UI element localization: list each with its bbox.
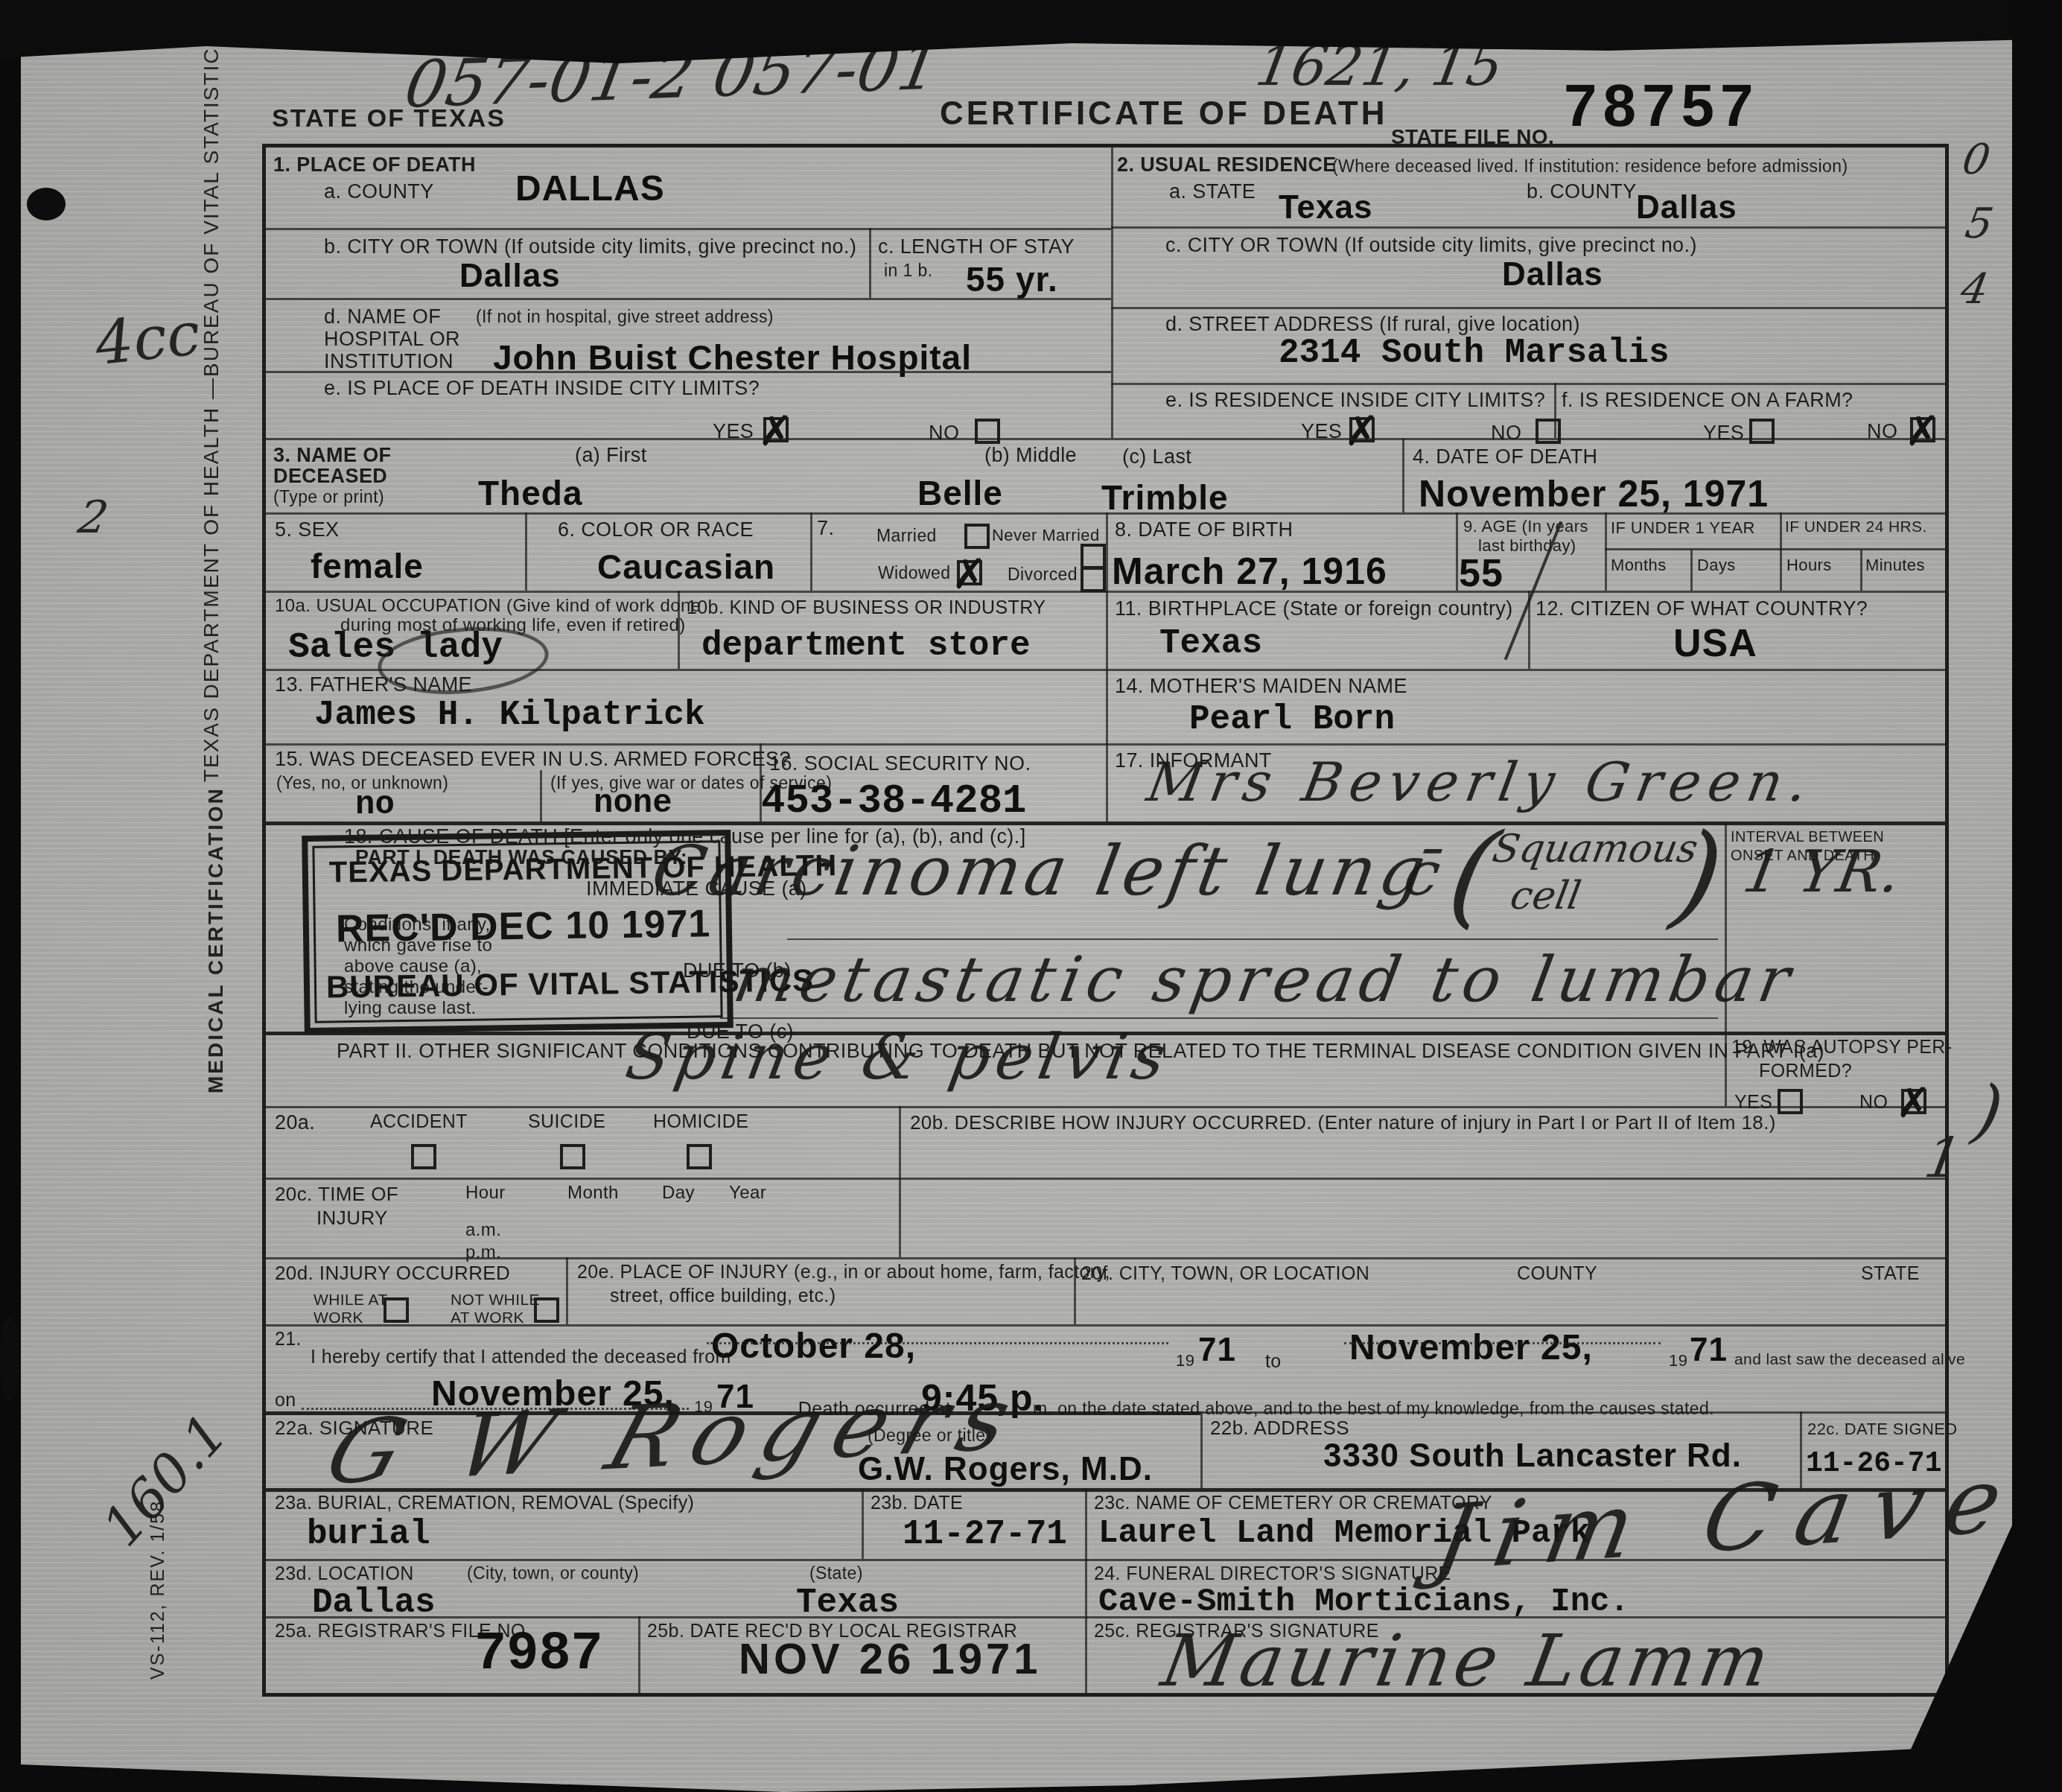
res-state-value: Texas — [1279, 189, 1373, 226]
divider — [266, 1257, 1945, 1259]
while-at-work-checkbox — [384, 1297, 409, 1323]
married-checkbox — [964, 524, 990, 549]
never-married-label: Never Married — [992, 526, 1100, 545]
year-19-b: 19 — [1669, 1351, 1687, 1370]
homicide-label: HOMICIDE — [653, 1111, 748, 1133]
citizen-label: 12. CITIZEN OF WHAT COUNTRY? — [1536, 597, 1868, 620]
time-of-injury-label-2: INJURY — [316, 1207, 388, 1230]
divider — [266, 1106, 1945, 1108]
certificate-form: 1. PLACE OF DEATH a. COUNTY DALLAS b. CI… — [262, 144, 1949, 1697]
pod-city-value: Dallas — [459, 258, 561, 295]
day-label: Day — [662, 1183, 695, 1204]
cause-a-interval-value: 1 YR. — [1738, 839, 1906, 906]
cause-a-value: Carcinoma left lung — [646, 831, 1436, 911]
injury-city-label: 20f. CITY, TOWN, OR LOCATION — [1081, 1263, 1369, 1285]
margin-dept-vertical-label: TEXAS DEPARTMENT OF HEALTH —BUREAU OF VI… — [200, 339, 223, 782]
certify-tail-1: and last saw the deceased alive — [1734, 1351, 1965, 1369]
not-while-label: NOT WHILE — [451, 1291, 540, 1309]
widowed-checkbox — [957, 560, 982, 585]
divider — [869, 228, 871, 298]
hospital-label-2: HOSPITAL OR — [324, 328, 460, 351]
pod-city-limits-label: e. IS PLACE OF DEATH INSIDE CITY LIMITS? — [324, 377, 760, 400]
on-label: on — [275, 1390, 296, 1411]
usual-residence-title: 2. USUAL RESIDENCE — [1117, 153, 1337, 177]
autopsy-label-2: FORMED? — [1759, 1061, 1852, 1082]
length-of-stay-value: 55 yr. — [966, 259, 1058, 299]
cause-a-squamous: Squamous — [1489, 827, 1702, 871]
race-value: Caucasian — [597, 547, 775, 587]
divider — [1200, 1411, 1945, 1414]
homicide-checkbox — [687, 1144, 712, 1169]
name-title-2: DECEASED — [273, 465, 387, 488]
first-name-label: (a) First — [575, 444, 647, 467]
physician-address-value: 3330 South Lancaster Rd. — [1323, 1437, 1742, 1475]
divider — [266, 1178, 1945, 1180]
year-19-a: 19 — [1176, 1351, 1194, 1370]
accident-checkbox — [411, 1144, 436, 1169]
length-of-stay-label: c. LENGTH OF STAY — [878, 235, 1075, 258]
divider — [899, 1106, 901, 1257]
divider — [1860, 550, 1862, 591]
divider — [1111, 383, 1945, 385]
first-name-value: Theda — [478, 473, 582, 513]
divider — [540, 770, 542, 822]
divider — [1085, 1488, 1087, 1616]
informant-value: Mrs Beverly Green. — [1143, 751, 1820, 813]
burial-value: burial — [307, 1515, 430, 1554]
married-label: Married — [876, 526, 937, 546]
age-label-1: 9. AGE (In years — [1463, 517, 1588, 536]
divider — [266, 1616, 1945, 1618]
cause-b-value: metastatic spread to lumbar — [728, 943, 1801, 1016]
certify-tail-2: m. on the date stated above, and to the … — [1033, 1399, 1714, 1419]
birthplace-value: Texas — [1159, 624, 1262, 663]
hospital-label-paren: (If not in hospital, give street address… — [476, 307, 774, 327]
cause-b-line — [720, 1017, 1718, 1019]
while-at-label: WHILE AT — [314, 1291, 388, 1309]
year-71-b: 71 — [1690, 1332, 1728, 1369]
divider — [266, 371, 1111, 373]
year-71-a: 71 — [1198, 1332, 1236, 1369]
autopsy-no-checkbox — [1901, 1089, 1926, 1114]
attended-from-date: October 28, — [711, 1326, 916, 1367]
res-county-label: b. COUNTY — [1527, 180, 1637, 203]
certificate-title: CERTIFICATE OF DEATH — [940, 95, 1387, 133]
divider — [266, 438, 1945, 440]
location-label: 23d. LOCATION — [275, 1563, 414, 1585]
certify-21-label: 21. — [275, 1329, 302, 1350]
autopsy-label-1: 19. WAS AUTOPSY PER- — [1731, 1037, 1953, 1058]
divider — [1605, 548, 1945, 550]
res-state-label: a. STATE — [1169, 180, 1256, 203]
scanned-death-certificate: TEXAS DEPARTMENT OF HEALTH —BUREAU OF VI… — [0, 0, 2062, 1792]
date-received-stamp: NOV 26 1971 — [739, 1634, 1041, 1684]
hour-label: Hour — [465, 1183, 506, 1204]
edge-smudge — [0, 1318, 19, 1400]
birthplace-label: 11. BIRTHPLACE (State or foreign country… — [1115, 597, 1513, 620]
margin-medical-certification-label: MEDICAL CERTIFICATION — [204, 788, 228, 1093]
pod-county-value: DALLAS — [515, 168, 665, 209]
divider — [266, 228, 1111, 230]
month-label: Month — [567, 1183, 619, 1204]
res-city-value: Dallas — [1502, 256, 1603, 293]
hospital-label-3: INSTITUTION — [324, 350, 454, 373]
am-label: a.m. — [465, 1220, 501, 1241]
dob-value: March 27, 1916 — [1112, 550, 1387, 593]
dob-label: 8. DATE OF BIRTH — [1115, 518, 1293, 541]
divider — [638, 1616, 640, 1693]
funeral-home-value: Cave-Smith Morticians, Inc. — [1098, 1583, 1629, 1621]
ssn-value: 453-38-4281 — [761, 779, 1026, 824]
location-state-paren: (State) — [809, 1563, 863, 1583]
res-city-label: c. CITY OR TOWN (If outside city limits,… — [1165, 234, 1697, 257]
armed-forces-label: 15. WAS DECEASED EVER IN U.S. ARMED FORC… — [275, 748, 791, 771]
date-signed-label: 22c. DATE SIGNED — [1807, 1420, 1958, 1439]
race-label: 6. COLOR OR RACE — [558, 518, 754, 541]
citizen-value: USA — [1673, 621, 1757, 666]
divider — [1106, 512, 1108, 591]
divorced-checkbox — [1081, 567, 1106, 592]
pod-county-label: a. COUNTY — [324, 180, 434, 203]
injury-20a-label: 20a. — [275, 1111, 315, 1134]
date-of-death-value: November 25, 1971 — [1419, 472, 1769, 515]
res-farm-label: f. IS RESIDENCE ON A FARM? — [1562, 389, 1853, 412]
never-married-checkbox — [1081, 544, 1106, 569]
divider — [1085, 1616, 1087, 1693]
year-label: Year — [729, 1183, 766, 1204]
last-name-label: (c) Last — [1122, 445, 1191, 468]
autopsy-yes-label: YES — [1734, 1092, 1772, 1113]
divider — [1200, 1411, 1203, 1488]
divider — [1106, 669, 1108, 743]
burial-date-label: 23b. DATE — [871, 1493, 963, 1514]
divider — [1780, 512, 1782, 591]
middle-name-value: Belle — [917, 473, 1003, 513]
divider — [266, 298, 1111, 300]
name-title-3: (Type or print) — [273, 487, 384, 507]
pod-city-label: b. CITY OR TOWN (If outside city limits,… — [324, 235, 856, 258]
dotted-line — [707, 1342, 1168, 1344]
state-file-no-value: 78757 — [1564, 72, 1759, 140]
armed-forces-value-1: no — [355, 787, 395, 824]
divider — [810, 512, 812, 591]
father-value: James H. Kilpatrick — [314, 696, 705, 734]
res-farm-yes-label: YES — [1703, 422, 1744, 445]
cemetery-label: 23c. NAME OF CEMETERY OR CREMATORY — [1094, 1493, 1492, 1514]
occupation-label-1: 10a. USUAL OCCUPATION (Give kind of work… — [275, 596, 701, 617]
address-22b-label: 22b. ADDRESS — [1210, 1417, 1349, 1440]
cause-c-value: Spine & pelvis — [620, 1020, 1177, 1093]
time-of-injury-label-1: 20c. TIME OF — [275, 1183, 398, 1206]
hours-label: Hours — [1786, 556, 1832, 575]
mother-value: Pearl Born — [1189, 700, 1395, 739]
days-label: Days — [1697, 556, 1736, 575]
marital-label: 7. — [817, 517, 834, 540]
margin-handwritten-4cc: 4cc — [92, 299, 203, 378]
accident-label: ACCIDENT — [370, 1111, 468, 1133]
hole-punch-mark — [27, 188, 66, 220]
divider — [266, 1324, 1945, 1326]
suicide-label: SUICIDE — [528, 1111, 605, 1133]
injury-county-label: COUNTY — [1517, 1263, 1597, 1285]
business-value: department store — [701, 626, 1031, 665]
divorced-label: Divorced — [1008, 565, 1078, 585]
if-under-1-year-label: IF UNDER 1 YEAR — [1611, 518, 1755, 538]
ssn-label: 16. SOCIAL SECURITY NO. — [769, 752, 1031, 775]
registrar-file-value: 7987 — [474, 1624, 603, 1685]
divider — [862, 1488, 864, 1559]
usual-residence-paren: (Where deceased lived. If institution: r… — [1332, 156, 1848, 177]
registrar-signature: Maurine Lamm — [1156, 1619, 1780, 1703]
place-of-death-title: 1. PLACE OF DEATH — [273, 153, 476, 177]
mother-label: 14. MOTHER'S MAIDEN NAME — [1115, 675, 1407, 698]
if-under-24-hrs-label: IF UNDER 24 HRS. — [1785, 518, 1927, 536]
place-of-injury-label-1: 20e. PLACE OF INJURY (e.g., in or about … — [577, 1262, 1110, 1283]
sex-value: female — [311, 546, 424, 586]
cause-a-cell: cell — [1507, 874, 1585, 918]
widowed-label: Widowed — [878, 563, 950, 583]
autopsy-no-label: NO — [1859, 1092, 1888, 1113]
date-of-death-label: 4. DATE OF DEATH — [1413, 445, 1597, 468]
describe-injury-label: 20b. DESCRIBE HOW INJURY OCCURRED. (Ente… — [910, 1111, 1776, 1134]
divider — [1111, 147, 1113, 438]
name-title-1: 3. NAME OF — [273, 444, 392, 467]
res-street-label: d. STREET ADDRESS (If rural, give locati… — [1165, 313, 1580, 336]
divider — [1528, 591, 1530, 669]
divider — [1456, 512, 1458, 591]
divider — [1690, 550, 1693, 591]
divider — [1111, 226, 1945, 229]
to-label: to — [1265, 1351, 1282, 1373]
divider — [566, 1257, 568, 1324]
certify-text: I hereby certify that I attended the dec… — [311, 1347, 731, 1368]
funeral-director-label: 24. FUNERAL DIRECTOR'S SIGNATURE — [1094, 1563, 1451, 1585]
dotted-line — [1344, 1342, 1661, 1344]
attended-to-date: November 25, — [1349, 1327, 1593, 1368]
divider — [1106, 591, 1108, 669]
injury-occurred-label: 20d. INJURY OCCURRED — [275, 1262, 510, 1285]
res-street-value: 2314 South Marsalis — [1279, 334, 1670, 372]
length-of-stay-sublabel: in 1 b. — [884, 261, 932, 281]
res-county-value: Dallas — [1636, 189, 1737, 226]
sex-label: 5. SEX — [275, 518, 339, 541]
pm-label: p.m. — [465, 1242, 501, 1263]
father-label: 13. FATHER'S NAME — [275, 673, 472, 696]
pod-limits-no-label: NO — [929, 422, 959, 445]
business-label: 10b. KIND OF BUSINESS OR INDUSTRY — [687, 597, 1046, 619]
divider — [525, 512, 527, 591]
res-limits-no-label: NO — [1491, 422, 1521, 445]
minutes-label: Minutes — [1865, 556, 1925, 575]
divider — [1605, 512, 1607, 591]
hospital-label-1: d. NAME OF — [324, 305, 441, 328]
divider — [1106, 743, 1108, 822]
age-value: 55 — [1459, 551, 1503, 596]
place-of-injury-label-2: street, office building, etc.) — [610, 1286, 836, 1307]
location-city-paren: (City, town, or county) — [467, 1563, 639, 1583]
middle-name-label: (b) Middle — [984, 444, 1077, 467]
last-name-value: Trimble — [1101, 477, 1229, 518]
months-label: Months — [1611, 556, 1667, 575]
injury-state-label: STATE — [1861, 1263, 1920, 1285]
burial-date-value: 11-27-71 — [903, 1515, 1067, 1554]
autopsy-yes-checkbox — [1778, 1089, 1803, 1114]
divider — [1402, 438, 1404, 512]
cause-a-line — [787, 938, 1718, 940]
armed-forces-value-2: none — [594, 785, 672, 822]
suicide-checkbox — [560, 1144, 585, 1169]
not-while-at-work-checkbox — [534, 1297, 559, 1323]
divider — [1111, 307, 1945, 309]
